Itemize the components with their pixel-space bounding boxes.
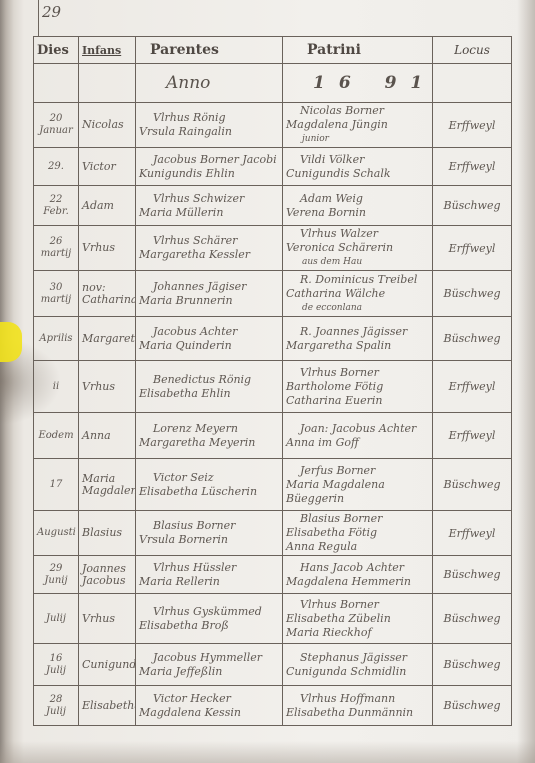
entry-locus: Erffweyl — [449, 429, 496, 442]
entry-infans: Adam — [82, 200, 132, 212]
anno-row: Anno 16 91 — [34, 64, 512, 103]
parent-name: Benedictus Rönig — [139, 373, 279, 387]
godparent-name: R. Joannes Jägisser — [286, 325, 429, 339]
godparent-note: aus dem Hau — [286, 255, 429, 269]
godparent-name: Maria Rieckhof — [286, 626, 429, 640]
entry-patrini-cell: Nicolas BornerMagdalena Jünginjunior — [283, 103, 433, 148]
register-entry-row: 16 Julij Cunigunda Jacobus HymmellerMari… — [34, 644, 512, 686]
parent-name: Margaretha Kessler — [139, 248, 279, 262]
godparent-name: Catharina Wälche — [286, 287, 429, 301]
parent-name: Vlrhus Schärer — [139, 234, 279, 248]
parent-name: Lorenz Meyern — [139, 422, 279, 436]
entry-parentes-cell: Vlrhus SchwizerMaria Müllerin — [136, 186, 283, 226]
godparent-name: Magdalena Hemmerin — [286, 575, 429, 589]
entry-patrini-cell: Vlrhus WalzerVeronica Schärerinaus dem H… — [283, 226, 433, 271]
parent-name: Jacobus Hymmeller — [139, 651, 279, 665]
entry-patrini-cell: Blasius BornerElisabetha FötigAnna Regul… — [283, 511, 433, 556]
parent-name: Kunigundis Ehlin — [139, 167, 279, 181]
register-entry-row: Aprilis Margaretha Jacobus AchterMaria Q… — [34, 317, 512, 361]
entry-patrini-cell: Vlrhus BornerBartholome FötigCatharina E… — [283, 361, 433, 413]
entry-locus-cell: Erffweyl — [433, 413, 512, 459]
entry-locus: Büschweg — [443, 287, 500, 300]
parent-name: Johannes Jägiser — [139, 280, 279, 294]
entry-locus-cell: Büschweg — [433, 644, 512, 686]
godparent-name: Jerfus Borner — [286, 464, 429, 478]
godparent-name: Cunigunda Schmidlin — [286, 665, 429, 679]
godparent-name: Margaretha Spalin — [286, 339, 429, 353]
baptism-register-table: Dies Infans Parentes Patrini Locus Anno … — [33, 36, 512, 726]
anno-empty-cell — [433, 64, 512, 103]
parent-name: Maria Brunnerin — [139, 294, 279, 308]
entry-date-cell: ii — [34, 361, 79, 413]
anno-empty-cell — [34, 64, 79, 103]
anno-empty-cell — [79, 64, 136, 103]
entry-day: 30 — [37, 282, 75, 294]
godparent-note: de ecconlana — [286, 301, 429, 315]
parent-name: Elisabetha Lüscherin — [139, 485, 279, 499]
entry-date-cell: 16 Julij — [34, 644, 79, 686]
entry-infans: Anna — [82, 430, 132, 442]
entry-parentes-cell: Benedictus RönigElisabetha Ehlin — [136, 361, 283, 413]
parent-name: Jacobus Achter — [139, 325, 279, 339]
entry-locus-cell: Büschweg — [433, 556, 512, 594]
entry-date-cell: 29 Junij — [34, 556, 79, 594]
godparent-name: Vlrhus Walzer — [286, 227, 429, 241]
entry-parentes-cell: Jacobus HymmellerMaria Jeffeßlin — [136, 644, 283, 686]
entry-locus: Erffweyl — [449, 380, 496, 393]
parent-name: Vlrhus Hüssler — [139, 561, 279, 575]
parent-name: Victor Seiz — [139, 471, 279, 485]
entry-parentes-cell: Lorenz MeyernMargaretha Meyerin — [136, 413, 283, 459]
parent-name: Jacobus Borner Jacobi — [139, 153, 279, 167]
entry-infans-cell: Nicolas — [79, 103, 136, 148]
entry-parentes-cell: Vlrhus GyskümmedElisabetha Broß — [136, 594, 283, 644]
godparent-note: junior — [286, 132, 429, 146]
entry-date-cell: Augusti — [34, 511, 79, 556]
entry-patrini-cell: R. Dominicus TreibelCatharina Wälchede e… — [283, 271, 433, 317]
entry-parentes-cell: Jacobus AchterMaria Quinderin — [136, 317, 283, 361]
entry-infans: Blasius — [82, 527, 132, 539]
entry-date-cell: 26 martij — [34, 226, 79, 271]
entry-patrini-cell: Jerfus BornerMaria MagdalenaBüeggerin — [283, 459, 433, 511]
godparent-name: Bartholome Fötig — [286, 380, 429, 394]
entry-parentes-cell: Vlrhus SchärerMargaretha Kessler — [136, 226, 283, 271]
entries-body: 20 Januar Nicolas Vlrhus RönigVrsula Rai… — [34, 103, 512, 726]
parent-name: Vlrhus Rönig — [139, 111, 279, 125]
entry-parentes-cell: Johannes JägiserMaria Brunnerin — [136, 271, 283, 317]
entry-locus: Büschweg — [443, 699, 500, 712]
entry-infans-cell: Adam — [79, 186, 136, 226]
entry-parentes-cell: Vlrhus RönigVrsula Raingalin — [136, 103, 283, 148]
register-entry-row: 30 martij nov: Catharina Johannes Jägise… — [34, 271, 512, 317]
anno-label: Anno — [136, 64, 283, 103]
register-entry-row: 29. Victor Jacobus Borner JacobiKunigund… — [34, 148, 512, 186]
entry-month: Augusti — [37, 527, 75, 539]
entry-parentes-cell: Vlrhus HüsslerMaria Rellerin — [136, 556, 283, 594]
entry-patrini-cell: Stephanus JägisserCunigunda Schmidlin — [283, 644, 433, 686]
parent-name: Vlrhus Schwizer — [139, 192, 279, 206]
godparent-name: Vlrhus Borner — [286, 598, 429, 612]
entry-month: Eodem — [37, 430, 75, 442]
parent-name: Blasius Borner — [139, 519, 279, 533]
entry-parentes-cell: Blasius BornerVrsula Bornerin — [136, 511, 283, 556]
entry-infans: nov: Catharina — [82, 282, 132, 306]
godparent-name: Joan: Jacobus Achter — [286, 422, 429, 436]
entry-patrini-cell: Vildi VölkerCunigundis Schalk — [283, 148, 433, 186]
entry-infans: Victor — [82, 161, 132, 173]
godparent-name: Stephanus Jägisser — [286, 651, 429, 665]
entry-day: 26 — [37, 236, 75, 248]
entry-date-cell: 29. — [34, 148, 79, 186]
entry-locus: Erffweyl — [449, 119, 496, 132]
parent-name: Vrsula Bornerin — [139, 533, 279, 547]
entry-month: Julij — [37, 706, 75, 718]
godparent-name: Verena Bornin — [286, 206, 429, 220]
register-entry-row: 26 martij Vrhus Vlrhus SchärerMargaretha… — [34, 226, 512, 271]
register-entry-row: 22 Febr. Adam Vlrhus SchwizerMaria Mülle… — [34, 186, 512, 226]
entry-day: ii — [37, 381, 75, 393]
entry-infans: Margaretha — [82, 333, 132, 345]
entry-infans: Nicolas — [82, 119, 132, 131]
entry-locus: Erffweyl — [449, 160, 496, 173]
godparent-name: Hans Jacob Achter — [286, 561, 429, 575]
page-number: 29 — [42, 3, 61, 21]
entry-day: 16 — [37, 653, 75, 665]
entry-infans: Cunigunda — [82, 659, 132, 671]
entry-date-cell: 30 martij — [34, 271, 79, 317]
yellow-highlight-mark — [0, 322, 22, 362]
column-header-infans: Infans — [79, 37, 136, 64]
page-right-edge-shadow — [517, 0, 535, 763]
entry-infans-cell: Vrhus — [79, 594, 136, 644]
register-entry-row: Eodem Anna Lorenz MeyernMargaretha Meyer… — [34, 413, 512, 459]
entry-infans-cell: Joannes Jacobus — [79, 556, 136, 594]
entry-month: martij — [37, 248, 75, 260]
godparent-name: Blasius Borner — [286, 512, 429, 526]
entry-date-cell: Aprilis — [34, 317, 79, 361]
entry-day: 20 — [37, 113, 75, 125]
entry-infans-cell: Cunigunda — [79, 644, 136, 686]
parent-name: Vrsula Raingalin — [139, 125, 279, 139]
anno-year: 16 91 — [283, 64, 433, 103]
entry-locus: Erffweyl — [449, 242, 496, 255]
header-row: Dies Infans Parentes Patrini Locus — [34, 37, 512, 64]
entry-locus-cell: Erffweyl — [433, 361, 512, 413]
godparent-name: Büeggerin — [286, 492, 429, 506]
page-number-rule — [38, 0, 39, 36]
parent-name: Margaretha Meyerin — [139, 436, 279, 450]
entry-date-cell: 17 — [34, 459, 79, 511]
entry-date-cell: 22 Febr. — [34, 186, 79, 226]
godparent-name: Magdalena Jüngin — [286, 118, 429, 132]
parent-name: Victor Hecker — [139, 692, 279, 706]
parent-name: Maria Rellerin — [139, 575, 279, 589]
entry-infans-cell: nov: Catharina — [79, 271, 136, 317]
entry-parentes-cell: Jacobus Borner JacobiKunigundis Ehlin — [136, 148, 283, 186]
parent-name: Maria Jeffeßlin — [139, 665, 279, 679]
register-entry-row: 29 Junij Joannes Jacobus Vlrhus HüsslerM… — [34, 556, 512, 594]
entry-month: martij — [37, 294, 75, 306]
godparent-name: Anna im Goff — [286, 436, 429, 450]
entry-parentes-cell: Victor HeckerMagdalena Kessin — [136, 686, 283, 726]
entry-infans: Vrhus — [82, 242, 132, 254]
parent-name: Maria Müllerin — [139, 206, 279, 220]
entry-day: 17 — [37, 479, 75, 491]
entry-date-cell: 20 Januar — [34, 103, 79, 148]
godparent-name: Elisabetha Dunmännin — [286, 706, 429, 720]
entry-day: 29. — [37, 161, 75, 173]
entry-locus-cell: Büschweg — [433, 271, 512, 317]
entry-locus-cell: Büschweg — [433, 686, 512, 726]
register-entry-row: 28 Julij Elisabetha Victor HeckerMagdale… — [34, 686, 512, 726]
entry-locus: Büschweg — [443, 332, 500, 345]
register-entry-row: Augusti Blasius Blasius BornerVrsula Bor… — [34, 511, 512, 556]
entry-infans-cell: Victor — [79, 148, 136, 186]
entry-patrini-cell: Vlrhus BornerElisabetha ZübelinMaria Rie… — [283, 594, 433, 644]
entry-infans-cell: Vrhus — [79, 226, 136, 271]
column-header-locus: Locus — [433, 37, 512, 64]
entry-patrini-cell: Adam WeigVerena Bornin — [283, 186, 433, 226]
parent-name: Vlrhus Gyskümmed — [139, 605, 279, 619]
entry-infans-cell: Vrhus — [79, 361, 136, 413]
entry-patrini-cell: Joan: Jacobus AchterAnna im Goff — [283, 413, 433, 459]
entry-date-cell: 28 Julij — [34, 686, 79, 726]
godparent-name: Elisabetha Fötig — [286, 526, 429, 540]
entry-locus: Büschweg — [443, 478, 500, 491]
register-entry-row: ii Vrhus Benedictus RönigElisabetha Ehli… — [34, 361, 512, 413]
register-entry-row: 17 Maria Magdalena Victor SeizElisabetha… — [34, 459, 512, 511]
entry-date-cell: Julij — [34, 594, 79, 644]
godparent-name: Maria Magdalena — [286, 478, 429, 492]
page-bottom-edge-shadow — [0, 741, 535, 763]
entry-locus-cell: Erffweyl — [433, 226, 512, 271]
register-entry-row: 20 Januar Nicolas Vlrhus RönigVrsula Rai… — [34, 103, 512, 148]
parent-name: Maria Quinderin — [139, 339, 279, 353]
entry-patrini-cell: Hans Jacob AchterMagdalena Hemmerin — [283, 556, 433, 594]
entry-infans: Joannes Jacobus — [82, 563, 132, 587]
godparent-name: R. Dominicus Treibel — [286, 273, 429, 287]
entry-locus-cell: Erffweyl — [433, 511, 512, 556]
entry-infans-cell: Maria Magdalena — [79, 459, 136, 511]
entry-locus: Büschweg — [443, 612, 500, 625]
godparent-name: Vildi Völker — [286, 153, 429, 167]
entry-infans-cell: Elisabetha — [79, 686, 136, 726]
column-header-patrini: Patrini — [283, 37, 433, 64]
godparent-name: Cunigundis Schalk — [286, 167, 429, 181]
entry-month: Julij — [37, 665, 75, 677]
entry-infans: Elisabetha — [82, 700, 132, 712]
entry-infans: Vrhus — [82, 613, 132, 625]
entry-locus-cell: Büschweg — [433, 186, 512, 226]
entry-infans: Vrhus — [82, 381, 132, 393]
register-entry-row: Julij Vrhus Vlrhus GyskümmedElisabetha B… — [34, 594, 512, 644]
entry-parentes-cell: Victor SeizElisabetha Lüscherin — [136, 459, 283, 511]
entry-infans-cell: Anna — [79, 413, 136, 459]
parent-name: Elisabetha Ehlin — [139, 387, 279, 401]
entry-locus-cell: Erffweyl — [433, 103, 512, 148]
entry-locus-cell: Büschweg — [433, 459, 512, 511]
entry-day: 22 — [37, 194, 75, 206]
entry-month: Aprilis — [37, 333, 75, 345]
godparent-name: Nicolas Borner — [286, 104, 429, 118]
entry-month: Febr. — [37, 206, 75, 218]
entry-locus: Büschweg — [443, 568, 500, 581]
entry-infans-cell: Blasius — [79, 511, 136, 556]
column-header-parentes: Parentes — [136, 37, 283, 64]
entry-month: Junij — [37, 575, 75, 587]
godparent-name: Veronica Schärerin — [286, 241, 429, 255]
godparent-name: Vlrhus Borner — [286, 366, 429, 380]
entry-locus-cell: Erffweyl — [433, 148, 512, 186]
entry-month: Januar — [37, 125, 75, 137]
entry-locus: Büschweg — [443, 199, 500, 212]
entry-patrini-cell: Vlrhus HoffmannElisabetha Dunmännin — [283, 686, 433, 726]
entry-day: 29 — [37, 563, 75, 575]
entry-infans-cell: Margaretha — [79, 317, 136, 361]
entry-day: 28 — [37, 694, 75, 706]
entry-patrini-cell: R. Joannes JägisserMargaretha Spalin — [283, 317, 433, 361]
entry-infans: Maria Magdalena — [82, 473, 132, 497]
entry-date-cell: Eodem — [34, 413, 79, 459]
godparent-name: Anna Regula — [286, 540, 429, 554]
godparent-name: Elisabetha Zübelin — [286, 612, 429, 626]
entry-locus-cell: Büschweg — [433, 317, 512, 361]
parent-name: Elisabetha Broß — [139, 619, 279, 633]
godparent-name: Vlrhus Hoffmann — [286, 692, 429, 706]
entry-locus: Erffweyl — [449, 527, 496, 540]
entry-locus: Büschweg — [443, 658, 500, 671]
entry-month: Julij — [37, 613, 75, 625]
parent-name: Magdalena Kessin — [139, 706, 279, 720]
godparent-name: Adam Weig — [286, 192, 429, 206]
column-header-dies: Dies — [34, 37, 79, 64]
entry-locus-cell: Büschweg — [433, 594, 512, 644]
godparent-name: Catharina Euerin — [286, 394, 429, 408]
